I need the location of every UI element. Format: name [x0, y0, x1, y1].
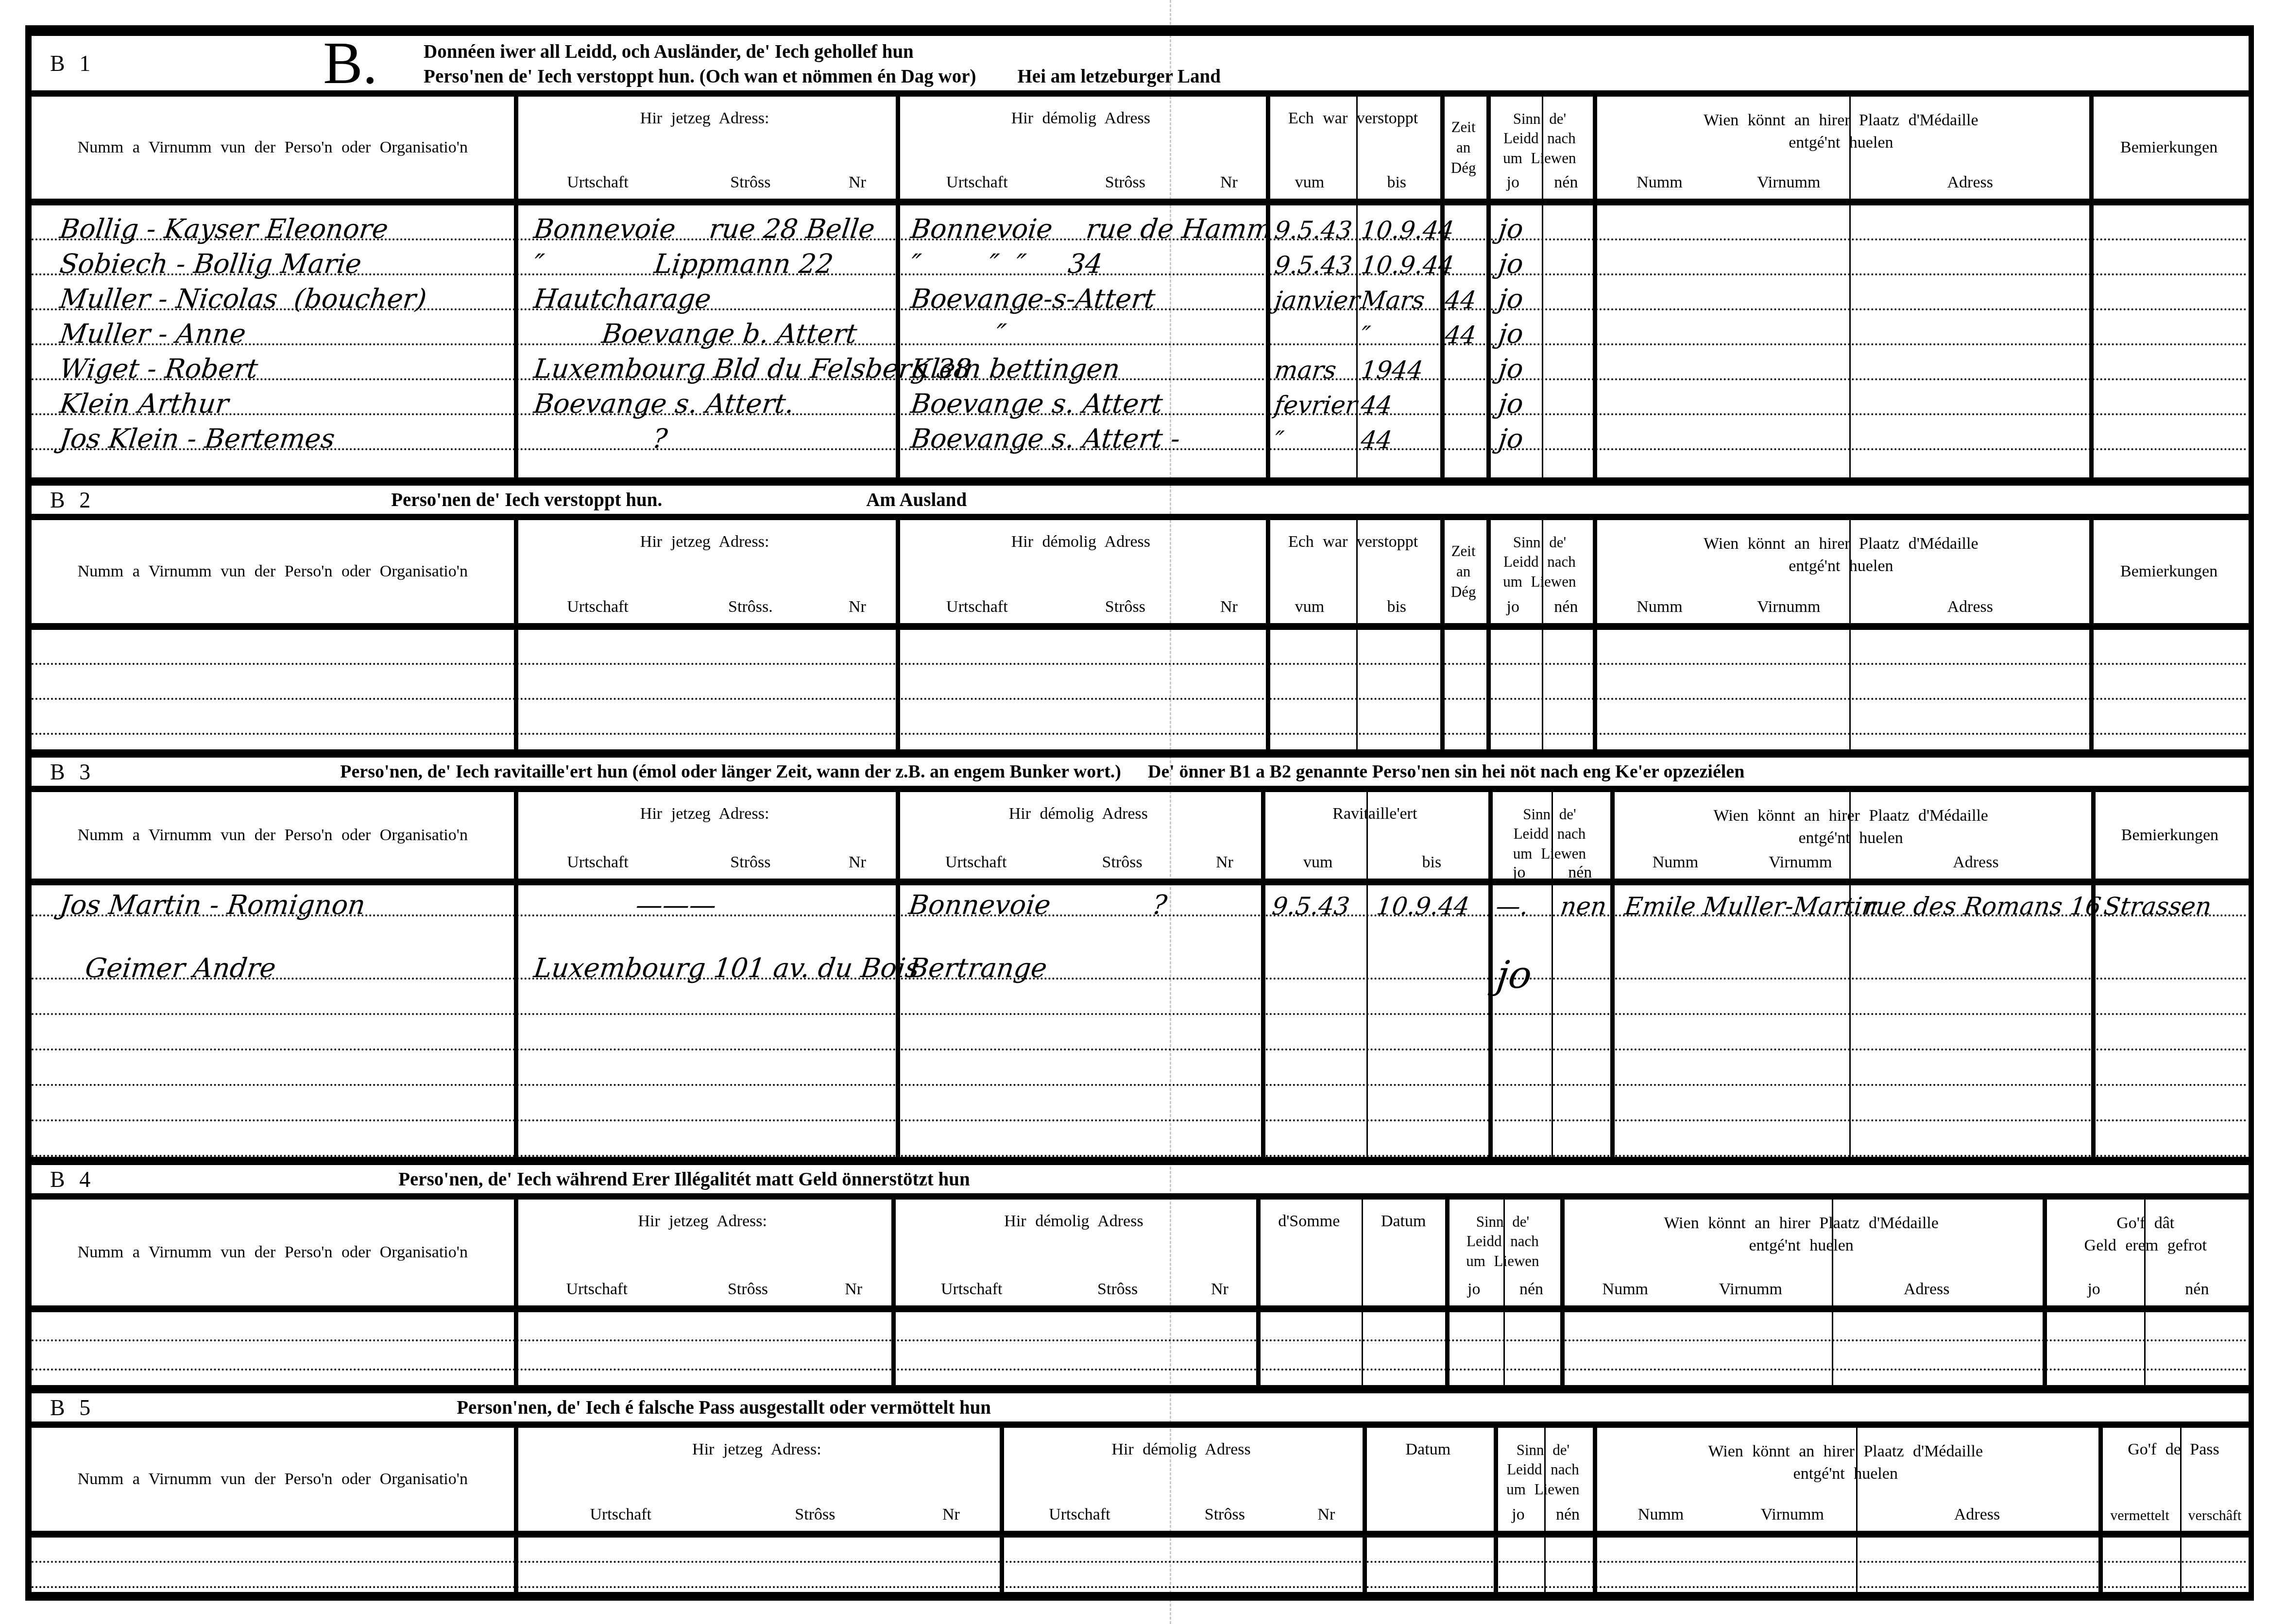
- wien-sublabels: NummVirnummAdress: [1610, 853, 2091, 872]
- sub-nr: Nr: [1183, 1280, 1256, 1299]
- form-sheet: B 1 B. Donnéen iwer all Leidd, och Auslä…: [25, 25, 2254, 1601]
- entry-demolig: Bertrange: [907, 955, 1048, 981]
- col-wien-header: Wien könnt an hirer Plaatz d'Médailleent…: [1592, 1428, 2098, 1531]
- b3-title: Perso'nen, de' Iech ravitaille'ert hun (…: [340, 761, 1121, 782]
- entry-wien-adress: rue des Romans 16: [1863, 894, 2102, 918]
- sub-stross: Strôss: [1058, 173, 1192, 192]
- somme-label: d'Somme: [1256, 1212, 1362, 1231]
- col-wien-header: Wien könnt an hirer Plaatz d'Médailleent…: [1610, 792, 2091, 879]
- sub-virnumm: Virnumm: [1729, 1506, 1856, 1524]
- entry-jo: jo: [1497, 251, 1525, 277]
- col-name-label: Numm a Virnumm vun der Perso'n oder Orga…: [58, 826, 487, 845]
- table-row: Bollig - Kayser EleonoreBonnevoie rue 28…: [32, 205, 2249, 240]
- sinn-label: Sinn de'Leidd nachum Liewen: [1488, 805, 1610, 863]
- sub-jo: jo: [1493, 1506, 1543, 1524]
- sub-bis: bis: [1353, 173, 1440, 192]
- sub-jo: jo: [2042, 1280, 2145, 1299]
- section-b2-label: B 2: [50, 487, 95, 513]
- col-name-label: Numm a Virnumm vun der Perso'n oder Orga…: [58, 1470, 487, 1489]
- wien-line1: Wien könnt an hirer Plaatz d'Médaille: [1704, 111, 1978, 129]
- pass-sublabels: vermetteltverschâft: [2098, 1507, 2249, 1524]
- col-jetzeg-header: Hir jetzeg Adress: UrtschaftStrôss.Nr: [514, 520, 896, 623]
- jetzeg-sublabels: UrtschaftStrôssNr: [514, 1280, 891, 1299]
- jetzeg-label: Hir jetzeg Adress:: [514, 805, 896, 823]
- sinn-sublabels: jonén: [1486, 173, 1592, 192]
- b3-title-2: De' önner B1 a B2 genannte Perso'nen sin…: [1148, 761, 1744, 782]
- sub-vermettelt: vermettelt: [2098, 1507, 2181, 1524]
- b5-column-headers: Numm a Virnumm vun der Perso'n oder Orga…: [32, 1428, 2249, 1538]
- empty-row: [32, 1086, 2249, 1121]
- empty-row: [32, 1050, 2249, 1086]
- sub-nr: Nr: [819, 598, 895, 616]
- b4-column-headers: Numm a Virnumm vun der Perso'n oder Orga…: [32, 1200, 2249, 1312]
- sinn-label: Sinn de'Leidd nachum Liewen: [1486, 533, 1592, 592]
- wien-sublabels: NummVirnummAdress: [1592, 598, 2089, 616]
- sub-numm: Numm: [1592, 1506, 1729, 1524]
- entry-jetzeg: Luxembourg 101 av. du Bois: [532, 955, 921, 981]
- section-b1-titles: Donnéen iwer all Leidd, och Ausländer, d…: [424, 40, 1221, 89]
- sub-stross: Strôss: [680, 1280, 816, 1299]
- entry-jetzeg: Bonnevoie rue 28 Belle: [532, 216, 876, 242]
- col-somme-header: d'Somme: [1256, 1200, 1362, 1305]
- b5-table-body: [32, 1538, 2249, 1592]
- sub-virnumm: Virnumm: [1740, 853, 1860, 872]
- sub-stross: Strôss.: [682, 598, 819, 616]
- col-datum-header: Datum: [1362, 1200, 1445, 1305]
- bemierkungen-label: Bemierkungen: [2089, 138, 2249, 157]
- sub-numm: Numm: [1592, 598, 1726, 616]
- sub-stross: Strôss: [1058, 598, 1192, 616]
- empty-row: [32, 1370, 2249, 1385]
- entry-zeit: 44: [1444, 288, 1478, 312]
- sub-virnumm: Virnumm: [1690, 1280, 1811, 1299]
- sub-nen: nén: [1543, 1506, 1592, 1524]
- sub-urtschaft: Urtschaft: [514, 1280, 680, 1299]
- col-demolig-header: Hir démolig Adress UrtschaftStrôssNr: [1000, 1428, 1363, 1531]
- empty-row: [32, 735, 2249, 749]
- verstoppt-sublabels: vumbis: [1266, 598, 1440, 616]
- entry-name: Wiget - Robert: [58, 355, 259, 382]
- b1-table: Numm a Virnumm vun der Perso'n oder Orga…: [32, 97, 2249, 477]
- entry-bis: Mars: [1360, 288, 1426, 312]
- table-row: Jos Klein - Bertemes ?Boevange s. Attert…: [32, 415, 2249, 450]
- datum-label: Datum: [1362, 1212, 1445, 1231]
- entry-bis: 10.9.44: [1375, 894, 1471, 918]
- zeit-line1: Zeit: [1440, 541, 1486, 561]
- b3-table: Numm a Virnumm vun der Perso'n oder Orga…: [32, 792, 2249, 1157]
- section-b3-header: B 3 Perso'nen, de' Iech ravitaille'ert h…: [32, 749, 2249, 792]
- sinn-line1: Sinn de': [1513, 534, 1566, 551]
- sub-stross: Strôss: [728, 1506, 903, 1524]
- entry-name: Bollig - Kayser Eleonore: [58, 216, 390, 242]
- jetzeg-sublabels: UrtschaftStrôssNr: [514, 1506, 1000, 1524]
- zeit-line3: Dég: [1440, 158, 1486, 178]
- col-demolig-header: Hir démolig Adress UrtschaftStrôssNr: [891, 1200, 1256, 1305]
- sub-urtschaft: Urtschaft: [896, 853, 1057, 872]
- col-wien-header: Wien könnt an hirer Plaatz d'Médailleent…: [1560, 1200, 2043, 1305]
- scanned-form-page: B 1 B. Donnéen iwer all Leidd, och Auslä…: [0, 0, 2285, 1624]
- empty-row: [32, 1341, 2249, 1370]
- entry-jetzeg: Luxembourg Bld du Felsberg 38: [532, 355, 972, 382]
- b2-table-body: [32, 630, 2249, 749]
- col-jetzeg-header: Hir jetzeg Adress: UrtschaftStrôssNr: [514, 792, 896, 879]
- sinn-line2: Leidd nach: [1503, 130, 1576, 147]
- b1-title-right: Hei am letzeburger Land: [1018, 65, 1221, 89]
- sinn-line2: Leidd nach: [1503, 553, 1576, 570]
- sub-nr: Nr: [819, 853, 895, 872]
- col-name-header: Numm a Virnumm vun der Perso'n oder Orga…: [32, 520, 514, 623]
- col-jetzeg-header: Hir jetzeg Adress: UrtschaftStrôssNr: [514, 97, 896, 199]
- entry-demolig: Boevange-s-Attert: [909, 286, 1157, 312]
- empty-row: [32, 630, 2249, 665]
- sinn-line3: um Liewen: [1503, 150, 1576, 167]
- col-zeit-header: ZeitanDég: [1440, 520, 1486, 623]
- entry-demolig: Boevange s. Attert: [909, 390, 1164, 417]
- section-b5-header: B 5 Person'nen, de' Iech é falsche Pass …: [32, 1385, 2249, 1428]
- col-name-header: Numm a Virnumm vun der Perso'n oder Orga…: [32, 97, 514, 199]
- sub-nr: Nr: [816, 1280, 891, 1299]
- section-b1-label: B 1: [50, 51, 95, 76]
- col-name-label: Numm a Virnumm vun der Perso'n oder Orga…: [58, 562, 487, 581]
- entry-name: Jos Klein - Bertemes: [58, 425, 336, 452]
- sub-nen: nén: [1502, 1280, 1560, 1299]
- demolig-sublabels: UrtschaftStrôssNr: [896, 173, 1266, 192]
- entry-bis: 1944: [1360, 358, 1424, 382]
- entry-jo: jo: [1497, 216, 1525, 242]
- section-b-letter: B.: [323, 37, 377, 90]
- entry-vum: 9.5.43: [1273, 218, 1353, 242]
- sinn-label: Sinn de'Leidd nachum Liewen: [1486, 109, 1592, 168]
- empty-row: [32, 1015, 2249, 1050]
- entry-name: Jos Martin - Romignon: [58, 892, 367, 918]
- jetzeg-sublabels: UrtschaftStrôss.Nr: [514, 598, 896, 616]
- empty-row: [32, 1538, 2249, 1563]
- entry-jetzeg: ″ Lippmann 22: [532, 251, 835, 277]
- sinn-line2: Leidd nach: [1466, 1233, 1539, 1250]
- entry-jo: —.: [1495, 894, 1530, 918]
- empty-row: [32, 1588, 2249, 1592]
- wien-sublabels: NummVirnummAdress: [1592, 173, 2089, 192]
- wien-sublabels: NummVirnummAdress: [1592, 1506, 2098, 1524]
- col-sinn-header: Sinn de'Leidd nachum Liewen jonén: [1486, 520, 1592, 623]
- section-b4-label: B 4: [50, 1167, 95, 1192]
- sub-bis: bis: [1353, 598, 1440, 616]
- b3-table-body: Jos Martin - Romignon ———Bonnevoie ?9.5.…: [32, 885, 2249, 1157]
- col-name-header: Numm a Virnumm vun der Perso'n oder Orga…: [32, 792, 514, 879]
- sinn-sublabels: jonén: [1488, 863, 1610, 882]
- col-bemierkungen-header: Bemierkungen: [2091, 792, 2249, 879]
- table-row: Wiget - RobertLuxembourg Bld du Felsberg…: [32, 345, 2249, 380]
- col-sinn-header: Sinn de'Leidd nachum Liewen jonén: [1445, 1200, 1560, 1305]
- sub-adress: Adress: [1860, 853, 2091, 872]
- table-row: Sobiech - Bollig Marie″ Lippmann 22″ ″ ″…: [32, 240, 2249, 275]
- entry-bis: 10.9.44: [1360, 253, 1455, 277]
- b1-title-line1: Donnéen iwer all Leidd, och Ausländer, d…: [424, 40, 1221, 65]
- entry-jo: jo: [1497, 425, 1525, 452]
- sub-nen: nén: [1550, 863, 1611, 882]
- sub-urtschaft: Urtschaft: [896, 173, 1059, 192]
- sinn-label: Sinn de'Leidd nachum Liewen: [1445, 1212, 1560, 1271]
- sinn-line1: Sinn de': [1517, 1441, 1569, 1458]
- entry-bis: 44: [1360, 428, 1394, 452]
- demolig-label: Hir démolig Adress: [896, 109, 1266, 128]
- empty-row: [32, 700, 2249, 735]
- wien-label: Wien könnt an hirer Plaatz d'Médailleent…: [1610, 805, 2091, 849]
- demolig-sublabels: UrtschaftStrôssNr: [1000, 1506, 1363, 1524]
- jetzeg-label: Hir jetzeg Adress:: [514, 1440, 1000, 1459]
- demolig-label: Hir démolig Adress: [1000, 1440, 1363, 1459]
- col-ravitailleert-header: Ravitaille'ert vumbis: [1261, 792, 1488, 879]
- sub-nr: Nr: [819, 173, 895, 192]
- datum-label: Datum: [1363, 1440, 1493, 1459]
- col-zeit-header: ZeitanDég: [1440, 97, 1486, 199]
- sub-nr: Nr: [1188, 853, 1262, 872]
- sub-adress: Adress: [1851, 173, 2089, 192]
- entry-name: Muller - Nicolas (boucher): [58, 286, 428, 312]
- sinn-line2: Leidd nach: [1514, 825, 1586, 842]
- sub-numm: Numm: [1560, 1280, 1690, 1299]
- b1-title-line2: Perso'nen de' Iech verstoppt hun. (Och w…: [424, 65, 976, 89]
- sub-urtschaft: Urtschaft: [896, 598, 1059, 616]
- sinn-label: Sinn de'Leidd nachum Liewen: [1493, 1440, 1592, 1499]
- entry-vum: fevrier: [1273, 393, 1359, 417]
- jetzeg-sublabels: UrtschaftStrôssNr: [514, 173, 896, 192]
- col-jetzeg-header: Hir jetzeg Adress: UrtschaftStrôssNr: [514, 1200, 891, 1305]
- entry-vum: mars: [1273, 358, 1338, 382]
- entry-jo: jo: [1497, 286, 1525, 312]
- entry-bis: 10.9.44: [1360, 218, 1455, 242]
- col-name-label: Numm a Virnumm vun der Perso'n oder Orga…: [58, 138, 487, 157]
- col-bemierkungen-header: Bemierkungen: [2089, 520, 2249, 623]
- jetzeg-sublabels: UrtschaftStrôssNr: [514, 853, 896, 872]
- sub-nr: Nr: [1192, 173, 1266, 192]
- wien-label: Wien könnt an hirer Plaatz d'Médailleent…: [1560, 1212, 2043, 1257]
- verstoppt-label: Ech war verstoppt: [1266, 533, 1440, 551]
- col-datum-header: Datum: [1363, 1428, 1493, 1531]
- sinn-line1: Sinn de': [1513, 110, 1566, 127]
- entry-bis: 44: [1360, 393, 1394, 417]
- sub-urtschaft: Urtschaft: [514, 853, 682, 872]
- sub-stross: Strôss: [1052, 1280, 1183, 1299]
- demolig-label: Hir démolig Adress: [896, 805, 1262, 823]
- pass-label: Go'f de Pass: [2098, 1440, 2249, 1459]
- jetzeg-label: Hir jetzeg Adress:: [514, 1212, 891, 1231]
- sub-jo: jo: [1486, 598, 1539, 616]
- col-demolig-header: Hir démolig Adress UrtschaftStrôssNr: [896, 792, 1262, 879]
- entry-demolig: Bonnevoie ?: [907, 892, 1168, 918]
- sinn-sublabels: jonén: [1486, 598, 1592, 616]
- zeit-line2: an: [1440, 137, 1486, 158]
- sub-urtschaft: Urtschaft: [514, 598, 682, 616]
- col-name-header: Numm a Virnumm vun der Perso'n oder Orga…: [32, 1200, 514, 1305]
- col-sinn-header: Sinn de'Leidd nachum Liewen jonén: [1493, 1428, 1592, 1531]
- empty-row: [32, 665, 2249, 700]
- wien-line1: Wien könnt an hirer Plaatz d'Médaille: [1708, 1442, 1983, 1460]
- b4-table: Numm a Virnumm vun der Perso'n oder Orga…: [32, 1200, 2249, 1385]
- sub-nr: Nr: [1192, 598, 1266, 616]
- entry-jo: jo: [1497, 390, 1525, 417]
- sub-urtschaft: Urtschaft: [1000, 1506, 1160, 1524]
- entry-name: Sobiech - Bollig Marie: [58, 251, 363, 277]
- table-row: Muller - Anne Boevange b. Attert ″″44jo: [32, 310, 2249, 345]
- sinn-sublabels: jonén: [1445, 1280, 1560, 1299]
- sub-adress: Adress: [1811, 1280, 2042, 1299]
- wien-line2: entgé'nt huelen: [1799, 829, 1903, 847]
- bemierkungen-label: Bemierkungen: [2091, 826, 2249, 845]
- empty-row: [32, 980, 2249, 1015]
- entry-name: Geimer Andre: [58, 955, 277, 981]
- table-row: Jos Martin - Romignon ———Bonnevoie ?9.5.…: [32, 885, 2249, 916]
- entry-vum: 9.5.43: [1271, 894, 1351, 918]
- b5-table: Numm a Virnumm vun der Perso'n oder Orga…: [32, 1428, 2249, 1592]
- sub-adress: Adress: [1856, 1506, 2098, 1524]
- b4-table-body: [32, 1312, 2249, 1385]
- empty-row: [32, 1312, 2249, 1341]
- b1-column-headers: Numm a Virnumm vun der Perso'n oder Orga…: [32, 97, 2249, 205]
- sub-vum: vum: [1266, 598, 1353, 616]
- col-verstoppt-header: Ech war verstoppt vumbis: [1266, 520, 1440, 623]
- sub-stross: Strôss: [682, 853, 819, 872]
- col-demolig-header: Hir démolig Adress UrtschaftStrôssNr: [896, 97, 1266, 199]
- demolig-sublabels: UrtschaftStrôssNr: [896, 598, 1266, 616]
- verstoppt-sublabels: vumbis: [1266, 173, 1440, 192]
- wien-label: Wien könnt an hirer Plaatz d'Médailleent…: [1592, 1440, 2098, 1485]
- col-pass-header: Go'f de Pass vermetteltverschâft: [2098, 1428, 2249, 1531]
- sub-jo: jo: [1488, 863, 1550, 882]
- col-wien-header: Wien könnt an hirer Plaatz d'Médailleent…: [1592, 520, 2089, 623]
- demolig-label: Hir démolig Adress: [896, 533, 1266, 551]
- sub-stross: Strôss: [1057, 853, 1188, 872]
- col-wien-header: Wien könnt an hirer Plaatz d'Médailleent…: [1592, 97, 2089, 199]
- entry-jo: jo: [1497, 321, 1525, 347]
- zeit-line3: Dég: [1440, 582, 1486, 602]
- col-demolig-header: Hir démolig Adress UrtschaftStrôssNr: [896, 520, 1266, 623]
- sub-nen: nén: [1539, 173, 1592, 192]
- demolig-label: Hir démolig Adress: [891, 1212, 1256, 1231]
- entry-vum: ″: [1273, 428, 1285, 452]
- b3-column-headers: Numm a Virnumm vun der Perso'n oder Orga…: [32, 792, 2249, 885]
- sinn-line1: Sinn de': [1523, 806, 1576, 823]
- sub-vum: vum: [1261, 853, 1375, 872]
- sub-nen: nén: [1539, 598, 1592, 616]
- entry-demolig: Boevange s. Attert -: [909, 425, 1182, 452]
- table-row: Muller - Nicolas (boucher)HautcharageBoe…: [32, 275, 2249, 310]
- b2-title-right: Am Ausland: [866, 489, 967, 511]
- b2-column-headers: Numm a Virnumm vun der Perso'n oder Orga…: [32, 520, 2249, 630]
- entry-jetzeg: Boevange s. Attert.: [532, 390, 796, 417]
- wien-label: Wien könnt an hirer Plaatz d'Médailleent…: [1592, 109, 2089, 154]
- entry-jetzeg: ?: [532, 425, 669, 452]
- wien-line2: entgé'nt huelen: [1789, 134, 1893, 152]
- col-jetzeg-header: Hir jetzeg Adress: UrtschaftStrôssNr: [514, 1428, 1000, 1531]
- entry-vum: janvier: [1273, 288, 1361, 312]
- ravitailleert-label: Ravitaille'ert: [1261, 805, 1488, 823]
- verstoppt-label: Ech war verstoppt: [1266, 109, 1440, 128]
- b2-title: Perso'nen de' Iech verstoppt hun.: [391, 489, 662, 511]
- table-row: Klein ArthurBoevange s. Attert.Boevange …: [32, 380, 2249, 415]
- wien-line2: entgé'nt huelen: [1789, 557, 1893, 575]
- wien-line1: Wien könnt an hirer Plaatz d'Médaille: [1704, 535, 1978, 553]
- sub-jo: jo: [1445, 1280, 1502, 1299]
- sinn-line3: um Liewen: [1513, 845, 1586, 862]
- section-b4-header: B 4 Perso'nen, de' Iech während Erer Ill…: [32, 1157, 2249, 1200]
- b5-title: Person'nen, de' Iech é falsche Pass ausg…: [457, 1397, 991, 1419]
- sub-nen: nén: [2146, 1280, 2249, 1299]
- entry-wien-name: Emile Muller-Martin: [1623, 894, 1879, 918]
- wien-line2: entgé'nt huelen: [1749, 1236, 1853, 1254]
- zeit-line1: Zeit: [1440, 117, 1486, 137]
- wien-line1: Wien könnt an hirer Plaatz d'Médaille: [1713, 807, 1988, 825]
- b1-table-body: Bollig - Kayser EleonoreBonnevoie rue 28…: [32, 205, 2249, 477]
- col-verstoppt-header: Ech war verstoppt vumbis: [1266, 97, 1440, 199]
- zeit-line2: an: [1440, 561, 1486, 582]
- section-b2-header: B 2 Perso'nen de' Iech verstoppt hun. Am…: [32, 477, 2249, 520]
- wien-line2: entgé'nt huelen: [1793, 1465, 1898, 1483]
- section-b3-label: B 3: [50, 759, 95, 785]
- sub-numm: Numm: [1610, 853, 1740, 872]
- entry-name: Klein Arthur: [58, 390, 230, 417]
- demolig-sublabels: UrtschaftStrôssNr: [896, 853, 1262, 872]
- empty-row: [32, 450, 2249, 477]
- entry-demolig: Klein bettingen: [909, 355, 1122, 382]
- sinn-line3: um Liewen: [1466, 1252, 1539, 1269]
- jetzeg-label: Hir jetzeg Adress:: [514, 109, 896, 128]
- entry-jetzeg: ———: [532, 892, 718, 918]
- empty-row: [32, 1121, 2249, 1157]
- demolig-sublabels: UrtschaftStrôssNr: [891, 1280, 1256, 1299]
- ravitailleert-sublabels: vumbis: [1261, 853, 1488, 872]
- sub-vum: vum: [1266, 173, 1353, 192]
- sub-numm: Numm: [1592, 173, 1726, 192]
- entry-zeit: 44: [1444, 323, 1478, 347]
- section-b1-header: B 1 B. Donnéen iwer all Leidd, och Auslä…: [32, 25, 2249, 97]
- sinn-line2: Leidd nach: [1507, 1461, 1579, 1478]
- sub-virnumm: Virnumm: [1727, 598, 1851, 616]
- sub-stross: Strôss: [1160, 1506, 1290, 1524]
- table-row: Geimer AndreLuxembourg 101 av. du BoisBe…: [32, 916, 2249, 980]
- b2-table: Numm a Virnumm vun der Perso'n oder Orga…: [32, 520, 2249, 749]
- empty-row: [32, 1563, 2249, 1588]
- col-bemierkungen-header: Bemierkungen: [2089, 97, 2249, 199]
- wien-label: Wien könnt an hirer Plaatz d'Médailleent…: [1592, 533, 2089, 577]
- wien-line1: Wien könnt an hirer Plaatz d'Médaille: [1664, 1214, 1939, 1232]
- sub-urtschaft: Urtschaft: [514, 173, 682, 192]
- entry-jetzeg: Hautcharage: [532, 286, 713, 312]
- sub-adress: Adress: [1851, 598, 2089, 616]
- bemierkungen-label: Bemierkungen: [2089, 562, 2249, 581]
- sub-urtschaft: Urtschaft: [514, 1506, 728, 1524]
- entry-bemierkungen: Strassen: [2102, 894, 2213, 918]
- sub-jo: jo: [1486, 173, 1539, 192]
- section-b5-label: B 5: [50, 1395, 95, 1421]
- b4-title: Perso'nen, de' Iech während Erer Illégal…: [398, 1168, 970, 1190]
- sinn-line1: Sinn de': [1476, 1213, 1529, 1230]
- sub-verschaeft: verschâft: [2181, 1507, 2249, 1524]
- jetzeg-label: Hir jetzeg Adress:: [514, 533, 896, 551]
- entry-jetzeg: Boevange b. Attert: [532, 321, 858, 347]
- entry-demolig: ″: [909, 321, 1007, 347]
- entry-demolig: ″ ″ ″ 34: [909, 251, 1104, 277]
- sub-virnumm: Virnumm: [1727, 173, 1851, 192]
- sub-nr: Nr: [903, 1506, 1000, 1524]
- col-name-header: Numm a Virnumm vun der Perso'n oder Orga…: [32, 1428, 514, 1531]
- sinn-line3: um Liewen: [1503, 573, 1576, 590]
- entry-vum: 9.5.43: [1273, 253, 1353, 277]
- wien-sublabels: NummVirnummAdress: [1560, 1280, 2043, 1299]
- sinn-sublabels: jonén: [1493, 1506, 1592, 1524]
- entry-bis: ″: [1360, 323, 1372, 347]
- sub-urtschaft: Urtschaft: [891, 1280, 1052, 1299]
